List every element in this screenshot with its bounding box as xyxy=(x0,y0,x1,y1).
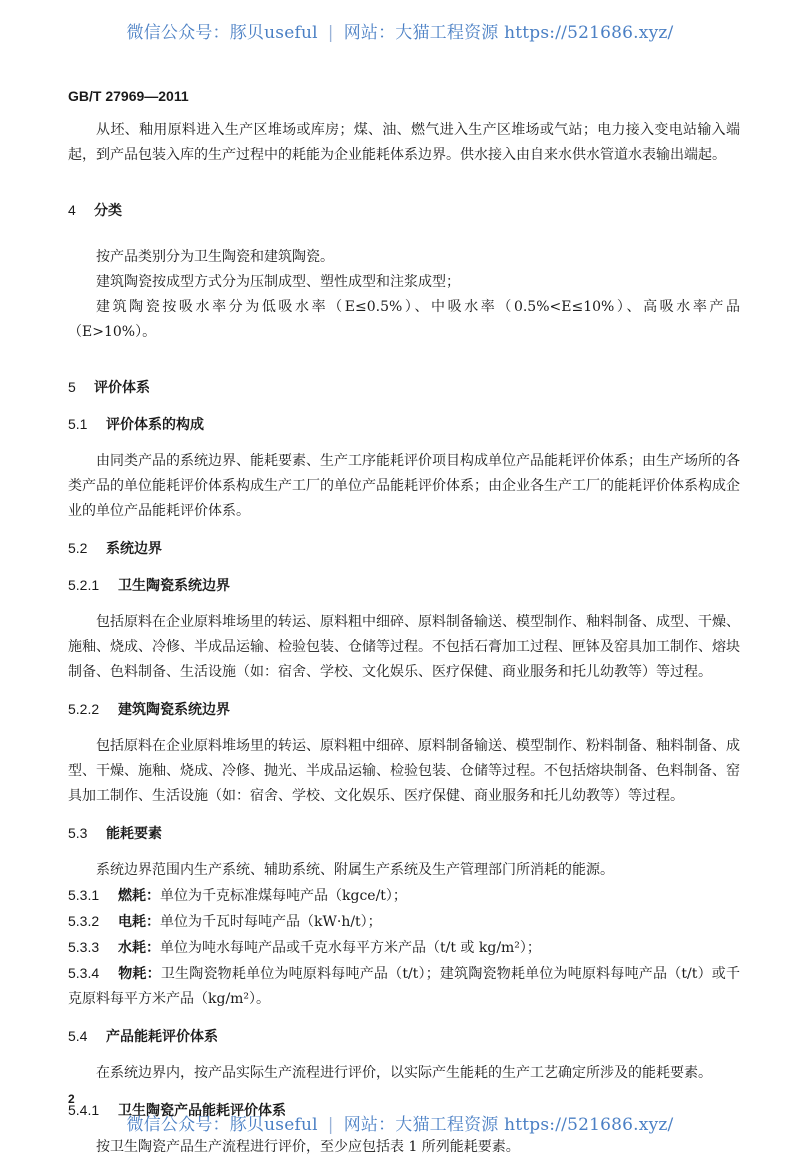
section-5-4-heading: 5.4产品能耗评价体系 xyxy=(68,1024,740,1049)
item-label: 水耗： xyxy=(118,940,160,956)
section-4-paragraph: 按产品类别分为卫生陶瓷和建筑陶瓷。 xyxy=(68,245,740,270)
section-5-3-heading: 5.3能耗要素 xyxy=(68,821,740,846)
section-5-1-heading: 5.1评价体系的构成 xyxy=(68,412,740,437)
item-label: 电耗： xyxy=(118,914,160,930)
energy-item-material: 5.3.4物耗：卫生陶瓷物耗单位为吨原料每吨产品（t/t）；建筑陶瓷物耗单位为吨… xyxy=(68,961,740,1012)
item-text: 单位为千克标准煤每吨产品（kgce/t）； xyxy=(160,888,407,904)
item-text: 单位为吨水每吨产品或千克水每平方米产品（t/t 或 kg/m²）； xyxy=(160,940,541,956)
item-number: 5.3.4 xyxy=(68,961,118,986)
section-4-heading: 4分类 xyxy=(68,198,740,223)
item-text: 单位为千瓦时每吨产品（kW·h/t）； xyxy=(160,914,382,930)
intro-paragraph: 从坯、釉用原料进入生产区堆场或库房；煤、油、燃气进入生产区堆场或气站；电力接入变… xyxy=(68,118,740,168)
section-5-1-paragraph: 由同类产品的系统边界、能耗要素、生产工序能耗评价项目构成单位产品能耗评价体系；由… xyxy=(68,449,740,524)
section-number: 5.3 xyxy=(68,821,106,846)
section-title: 建筑陶瓷系统边界 xyxy=(118,701,230,717)
section-title: 能耗要素 xyxy=(106,825,162,841)
watermark-wechat: 微信公众号：豚贝useful xyxy=(127,1115,318,1135)
section-5-2-heading: 5.2系统边界 xyxy=(68,536,740,561)
watermark-website: 网站：大猫工程资源 https://521686.xyz/ xyxy=(344,23,674,43)
section-5-2-1-paragraph: 包括原料在企业原料堆场里的转运、原料粗中细碎、原料制备输送、模型制作、釉料制备、… xyxy=(68,610,740,685)
section-number: 5.2 xyxy=(68,536,106,561)
standard-code: GB/T 27969—2011 xyxy=(68,88,189,104)
item-label: 物耗： xyxy=(118,966,161,982)
item-number: 5.3.2 xyxy=(68,909,118,934)
section-number: 5 xyxy=(68,375,94,400)
watermark-wechat: 微信公众号：豚贝useful xyxy=(127,23,318,43)
section-number: 5.1 xyxy=(68,412,106,437)
section-5-heading: 5评价体系 xyxy=(68,375,740,400)
section-title: 评价体系 xyxy=(94,379,150,395)
energy-item-water: 5.3.3水耗：单位为吨水每吨产品或千克水每平方米产品（t/t 或 kg/m²）… xyxy=(68,935,740,961)
section-title: 分类 xyxy=(94,202,122,218)
watermark-separator: | xyxy=(328,1115,334,1135)
section-5-4-paragraph: 在系统边界内，按产品实际生产流程进行评价，以实际产生能耗的生产工艺确定所涉及的能… xyxy=(68,1061,740,1086)
section-title: 产品能耗评价体系 xyxy=(106,1028,218,1044)
item-text: 卫生陶瓷物耗单位为吨原料每吨产品（t/t）；建筑陶瓷物耗单位为吨原料每吨产品（t… xyxy=(68,966,740,1007)
section-number: 5.2.2 xyxy=(68,697,118,722)
section-number: 5.2.1 xyxy=(68,573,118,598)
section-4-paragraph: 建筑陶瓷按吸水率分为低吸水率（E≤0.5%）、中吸水率（0.5%<E≤10%）、… xyxy=(68,295,740,345)
section-5-2-2-heading: 5.2.2建筑陶瓷系统边界 xyxy=(68,697,740,722)
item-number: 5.3.3 xyxy=(68,935,118,960)
section-5-2-1-heading: 5.2.1卫生陶瓷系统边界 xyxy=(68,573,740,598)
item-label: 燃耗： xyxy=(118,888,160,904)
energy-item-fuel: 5.3.1燃耗：单位为千克标准煤每吨产品（kgce/t）； xyxy=(68,883,740,909)
section-4-paragraph: 建筑陶瓷按成型方式分为压制成型、塑性成型和注浆成型； xyxy=(68,270,740,295)
section-title: 系统边界 xyxy=(106,540,162,556)
document-body: 从坯、釉用原料进入生产区堆场或库房；煤、油、燃气进入生产区堆场或气站；电力接入变… xyxy=(68,118,740,1160)
section-title: 评价体系的构成 xyxy=(106,416,204,432)
section-number: 4 xyxy=(68,198,94,223)
section-5-4-1-paragraph: 按卫生陶瓷产品生产流程进行评价，至少应包括表 1 所列能耗要素。 xyxy=(68,1135,740,1160)
section-5-3-paragraph: 系统边界范围内生产系统、辅助系统、附属生产系统及生产管理部门所消耗的能源。 xyxy=(68,858,740,883)
section-5-2-2-paragraph: 包括原料在企业原料堆场里的转运、原料粗中细碎、原料制备输送、模型制作、粉料制备、… xyxy=(68,734,740,809)
watermark-bottom: 微信公众号：豚贝useful|网站：大猫工程资源 https://521686.… xyxy=(0,1110,800,1135)
section-title: 卫生陶瓷系统边界 xyxy=(118,577,230,593)
item-number: 5.3.1 xyxy=(68,883,118,908)
section-number: 5.4 xyxy=(68,1024,106,1049)
watermark-top: 微信公众号：豚贝useful|网站：大猫工程资源 https://521686.… xyxy=(0,18,800,43)
energy-item-electricity: 5.3.2电耗：单位为千瓦时每吨产品（kW·h/t）； xyxy=(68,909,740,935)
watermark-website: 网站：大猫工程资源 https://521686.xyz/ xyxy=(344,1115,674,1135)
watermark-separator: | xyxy=(328,23,334,43)
page-number: 2 xyxy=(68,1092,75,1106)
